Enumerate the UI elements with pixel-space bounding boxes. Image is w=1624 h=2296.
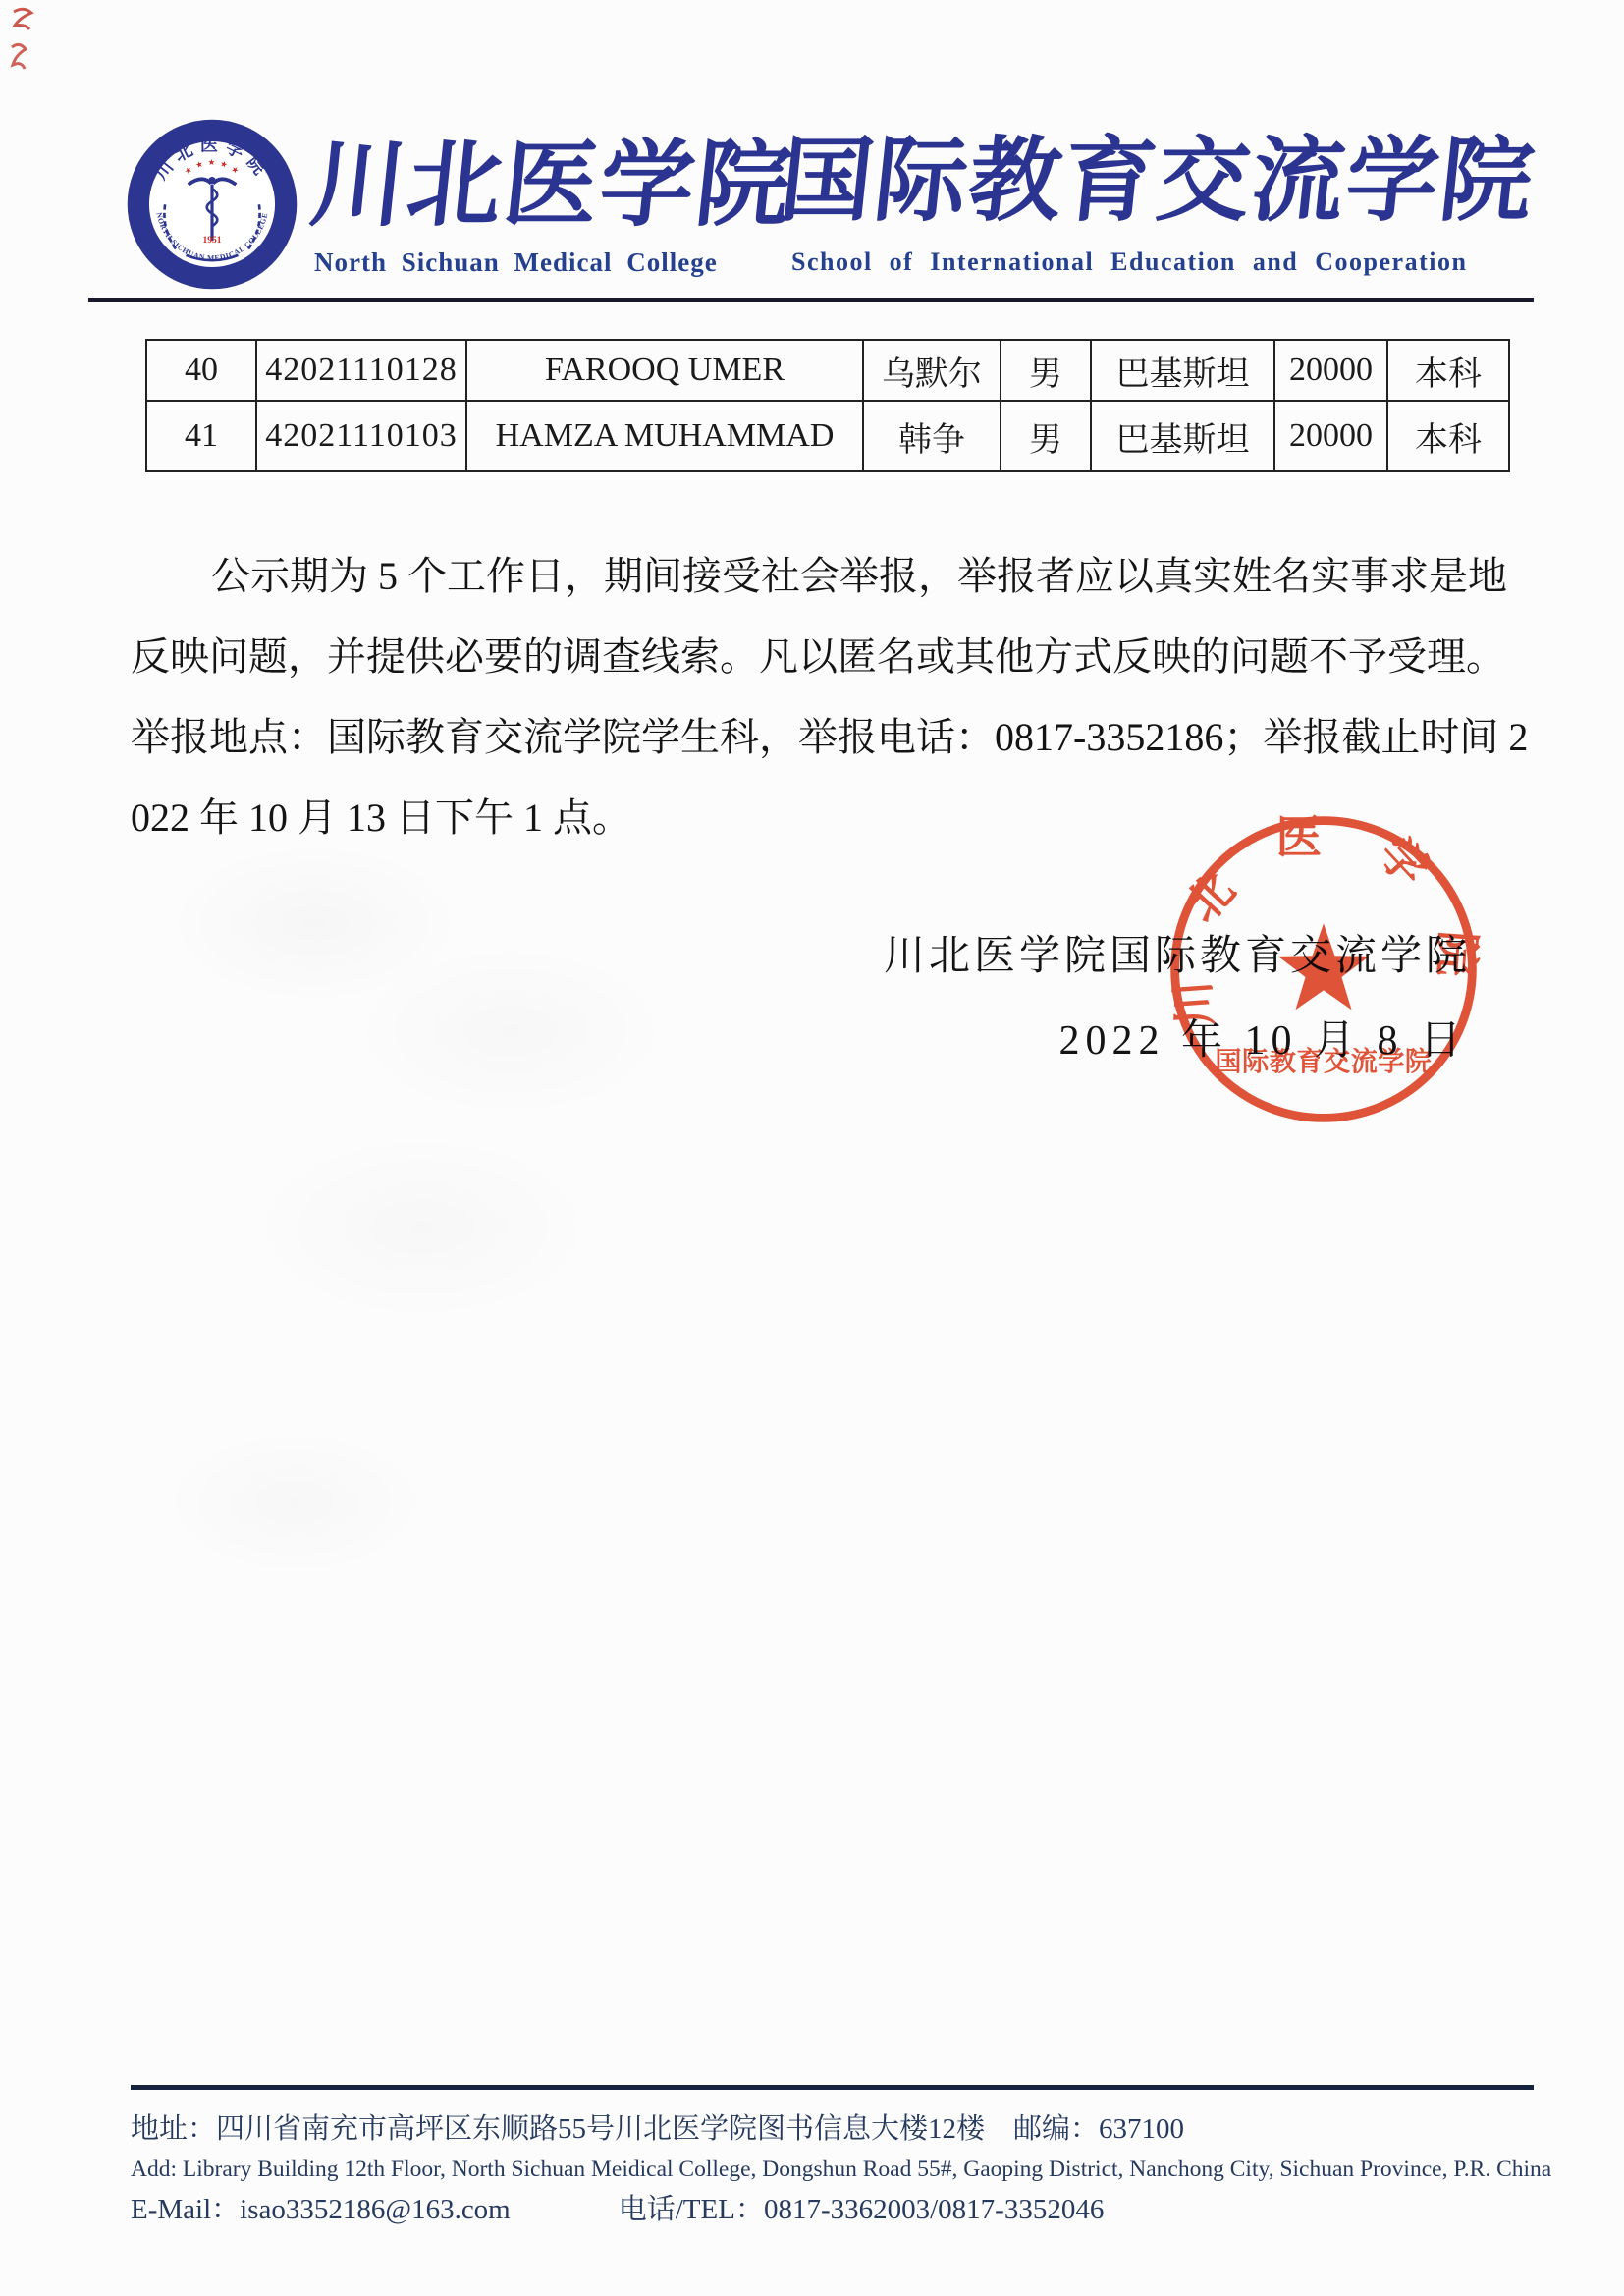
cell-country: 巴基斯坦 [1091,401,1274,471]
header-divider [88,298,1534,302]
logo-year: 1951 [202,236,221,246]
cell-gender: 男 [1001,401,1091,471]
cell-cn-name: 韩争 [863,401,1001,471]
footer-contact-line: E-Mail：isao3352186@163.com电话/TEL：0817-33… [131,2188,1544,2231]
footer: 地址：四川省南充市高坪区东顺路55号川北医学院图书信息大楼12楼 邮编：6371… [131,2107,1544,2231]
cell-student-id: 42021110103 [256,401,466,471]
notice-line-1: 公示期为 5 个工作日，期间接受社会举报，举报者应以真实姓名实事求是地 [131,536,1505,617]
footer-email: E-Mail：isao3352186@163.com [131,2194,511,2225]
college-title-cn: 川北医学院 [305,110,800,245]
school-title-cn: 国际教育交流学院 [775,106,1543,239]
notice-line-3: 举报地点：国际教育交流学院学生科，举报电话：0817-3352186；举报截止时… [131,697,1505,778]
cell-name: HAMZA MUHAMMAD [466,401,863,471]
red-pen-marks [6,4,51,94]
table-row: 41 42021110103 HAMZA MUHAMMAD 韩争 男 巴基斯坦 … [146,401,1509,471]
cell-student-id: 42021110128 [256,340,466,401]
college-seal-logo: 川北医学院 ★ ★ ★ ★ ★ 1951 NORTH SICHUAN MEDIC… [124,116,300,293]
footer-address-cn: 地址：四川省南充市高坪区东顺路55号川北医学院图书信息大楼12楼 邮编：6371… [131,2107,1544,2151]
scholarship-roster-table: 40 42021110128 FAROOQ UMER 乌默尔 男 巴基斯坦 20… [145,339,1510,472]
official-red-stamp: 川北医学院 国际教育交流学院 [1157,807,1490,1131]
school-title-en: School of International Education and Co… [791,247,1467,277]
cell-name: FAROOQ UMER [466,340,863,401]
footer-divider [131,2085,1534,2090]
stamp-star-icon [1278,923,1369,1010]
stamp-bottom-text: 国际教育交流学院 [1215,1046,1432,1076]
notice-line-2: 反映问题，并提供必要的调查线索。凡以匿名或其他方式反映的问题不予受理。 [131,617,1505,697]
table-row: 40 42021110128 FAROOQ UMER 乌默尔 男 巴基斯坦 20… [146,340,1509,401]
svg-text:川北医学院: 川北医学院 [1164,813,1484,1028]
college-title-en: North Sichuan Medical College [314,247,718,278]
cell-amount: 20000 [1274,340,1387,401]
cell-no: 41 [146,401,256,471]
cell-level: 本科 [1387,340,1509,401]
footer-address-en: Add: Library Building 12th Floor, North … [131,2151,1544,2188]
cell-country: 巴基斯坦 [1091,340,1274,401]
stamp-ring-text: 川北医学院 [1164,813,1484,1028]
cell-no: 40 [146,340,256,401]
cell-amount: 20000 [1274,401,1387,471]
cell-cn-name: 乌默尔 [863,340,1001,401]
cell-level: 本科 [1387,401,1509,471]
cell-gender: 男 [1001,340,1091,401]
footer-tel: 电话/TEL：0817-3362003/0817-3352046 [619,2194,1105,2225]
